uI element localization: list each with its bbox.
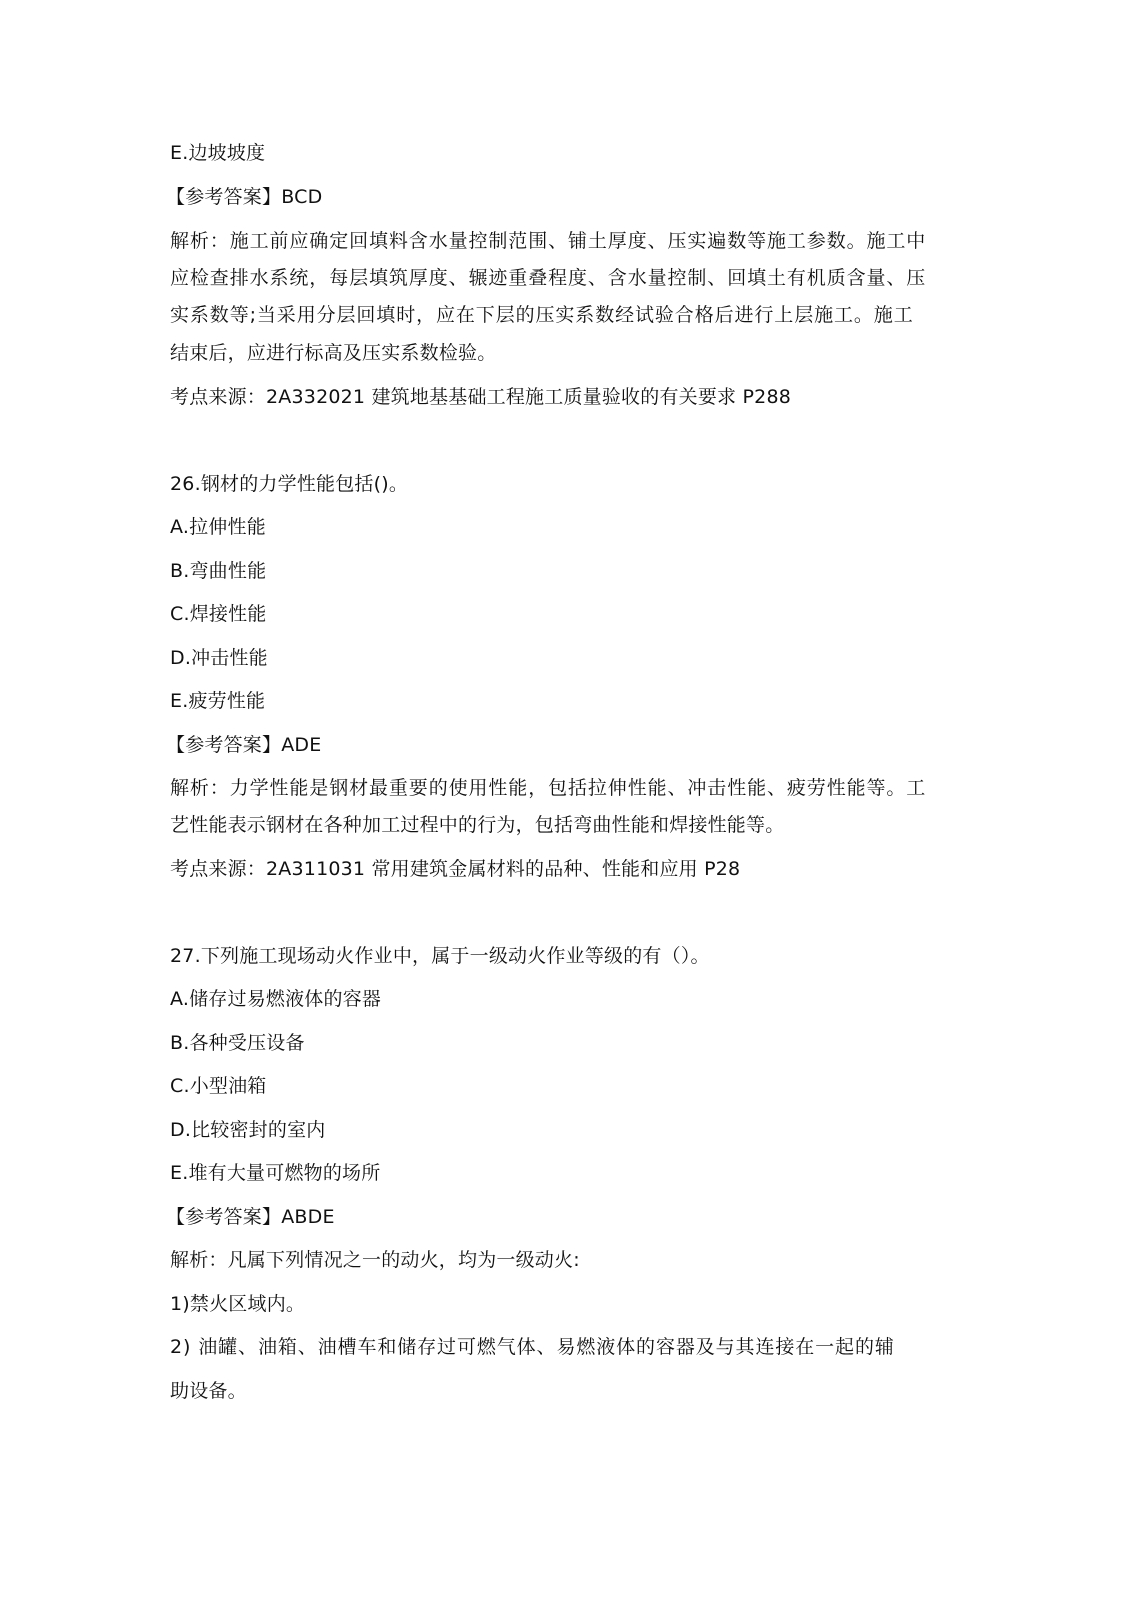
q25-analysis-line-2: 应检查排水系统，每层填筑厚度、辗迹重叠程度、含水量控制、回填土有机质含量、压	[170, 266, 926, 290]
document-page: E.边坡坡度 【参考答案】BCD 解析：施工前应确定回填料含水量控制范围、铺土厚…	[0, 0, 1131, 1600]
q25-answer: 【参考答案】BCD	[166, 185, 322, 209]
q26-option-b: B.弯曲性能	[170, 559, 266, 583]
q26-source: 考点来源：2A311031 常用建筑金属材料的品种、性能和应用 P28	[170, 857, 740, 881]
q25-source: 考点来源：2A332021 建筑地基基础工程施工质量验收的有关要求 P288	[170, 385, 791, 409]
q26-option-d: D.冲击性能	[170, 646, 268, 670]
q27-analysis-line-4: 助设备。	[170, 1379, 247, 1403]
q26-option-e: E.疲劳性能	[170, 689, 265, 713]
q26-analysis-line-1: 解析：力学性能是钢材最重要的使用性能，包括拉伸性能、冲击性能、疲劳性能等。工	[170, 776, 926, 800]
q27-option-c: C.小型油箱	[170, 1074, 267, 1098]
q25-analysis-line-1: 解析：施工前应确定回填料含水量控制范围、铺土厚度、压实遍数等施工参数。施工中	[170, 229, 926, 253]
q26-question: 26.钢材的力学性能包括()。	[170, 472, 408, 496]
q27-option-a: A.储存过易燃液体的容器	[170, 987, 381, 1011]
q26-option-c: C.焊接性能	[170, 602, 267, 626]
q26-analysis-line-2: 艺性能表示钢材在各种加工过程中的行为，包括弯曲性能和焊接性能等。	[170, 813, 784, 837]
q27-question: 27.下列施工现场动火作业中，属于一级动火作业等级的有（）。	[170, 944, 710, 968]
q25-option-e: E.边坡坡度	[170, 141, 265, 165]
q25-analysis-line-4: 结束后，应进行标高及压实系数检验。	[170, 341, 496, 365]
q26-option-a: A.拉伸性能	[170, 515, 266, 539]
q27-option-d: D.比较密封的室内	[170, 1118, 325, 1142]
q27-answer: 【参考答案】ABDE	[166, 1205, 335, 1229]
q27-analysis-line-3: 2) 油罐、油箱、油槽车和储存过可燃气体、易燃液体的容器及与其连接在一起的辅	[170, 1335, 895, 1359]
q27-analysis-line-1: 解析：凡属下列情况之一的动火，均为一级动火:	[170, 1248, 580, 1272]
q25-analysis-line-3: 实系数等;当采用分层回填时，应在下层的压实系数经试验合格后进行上层施工。施工	[170, 303, 914, 327]
q27-analysis-line-2: 1)禁火区域内。	[170, 1292, 305, 1316]
q27-option-b: B.各种受压设备	[170, 1031, 305, 1055]
q27-option-e: E.堆有大量可燃物的场所	[170, 1161, 380, 1185]
q26-answer: 【参考答案】ADE	[166, 733, 321, 757]
